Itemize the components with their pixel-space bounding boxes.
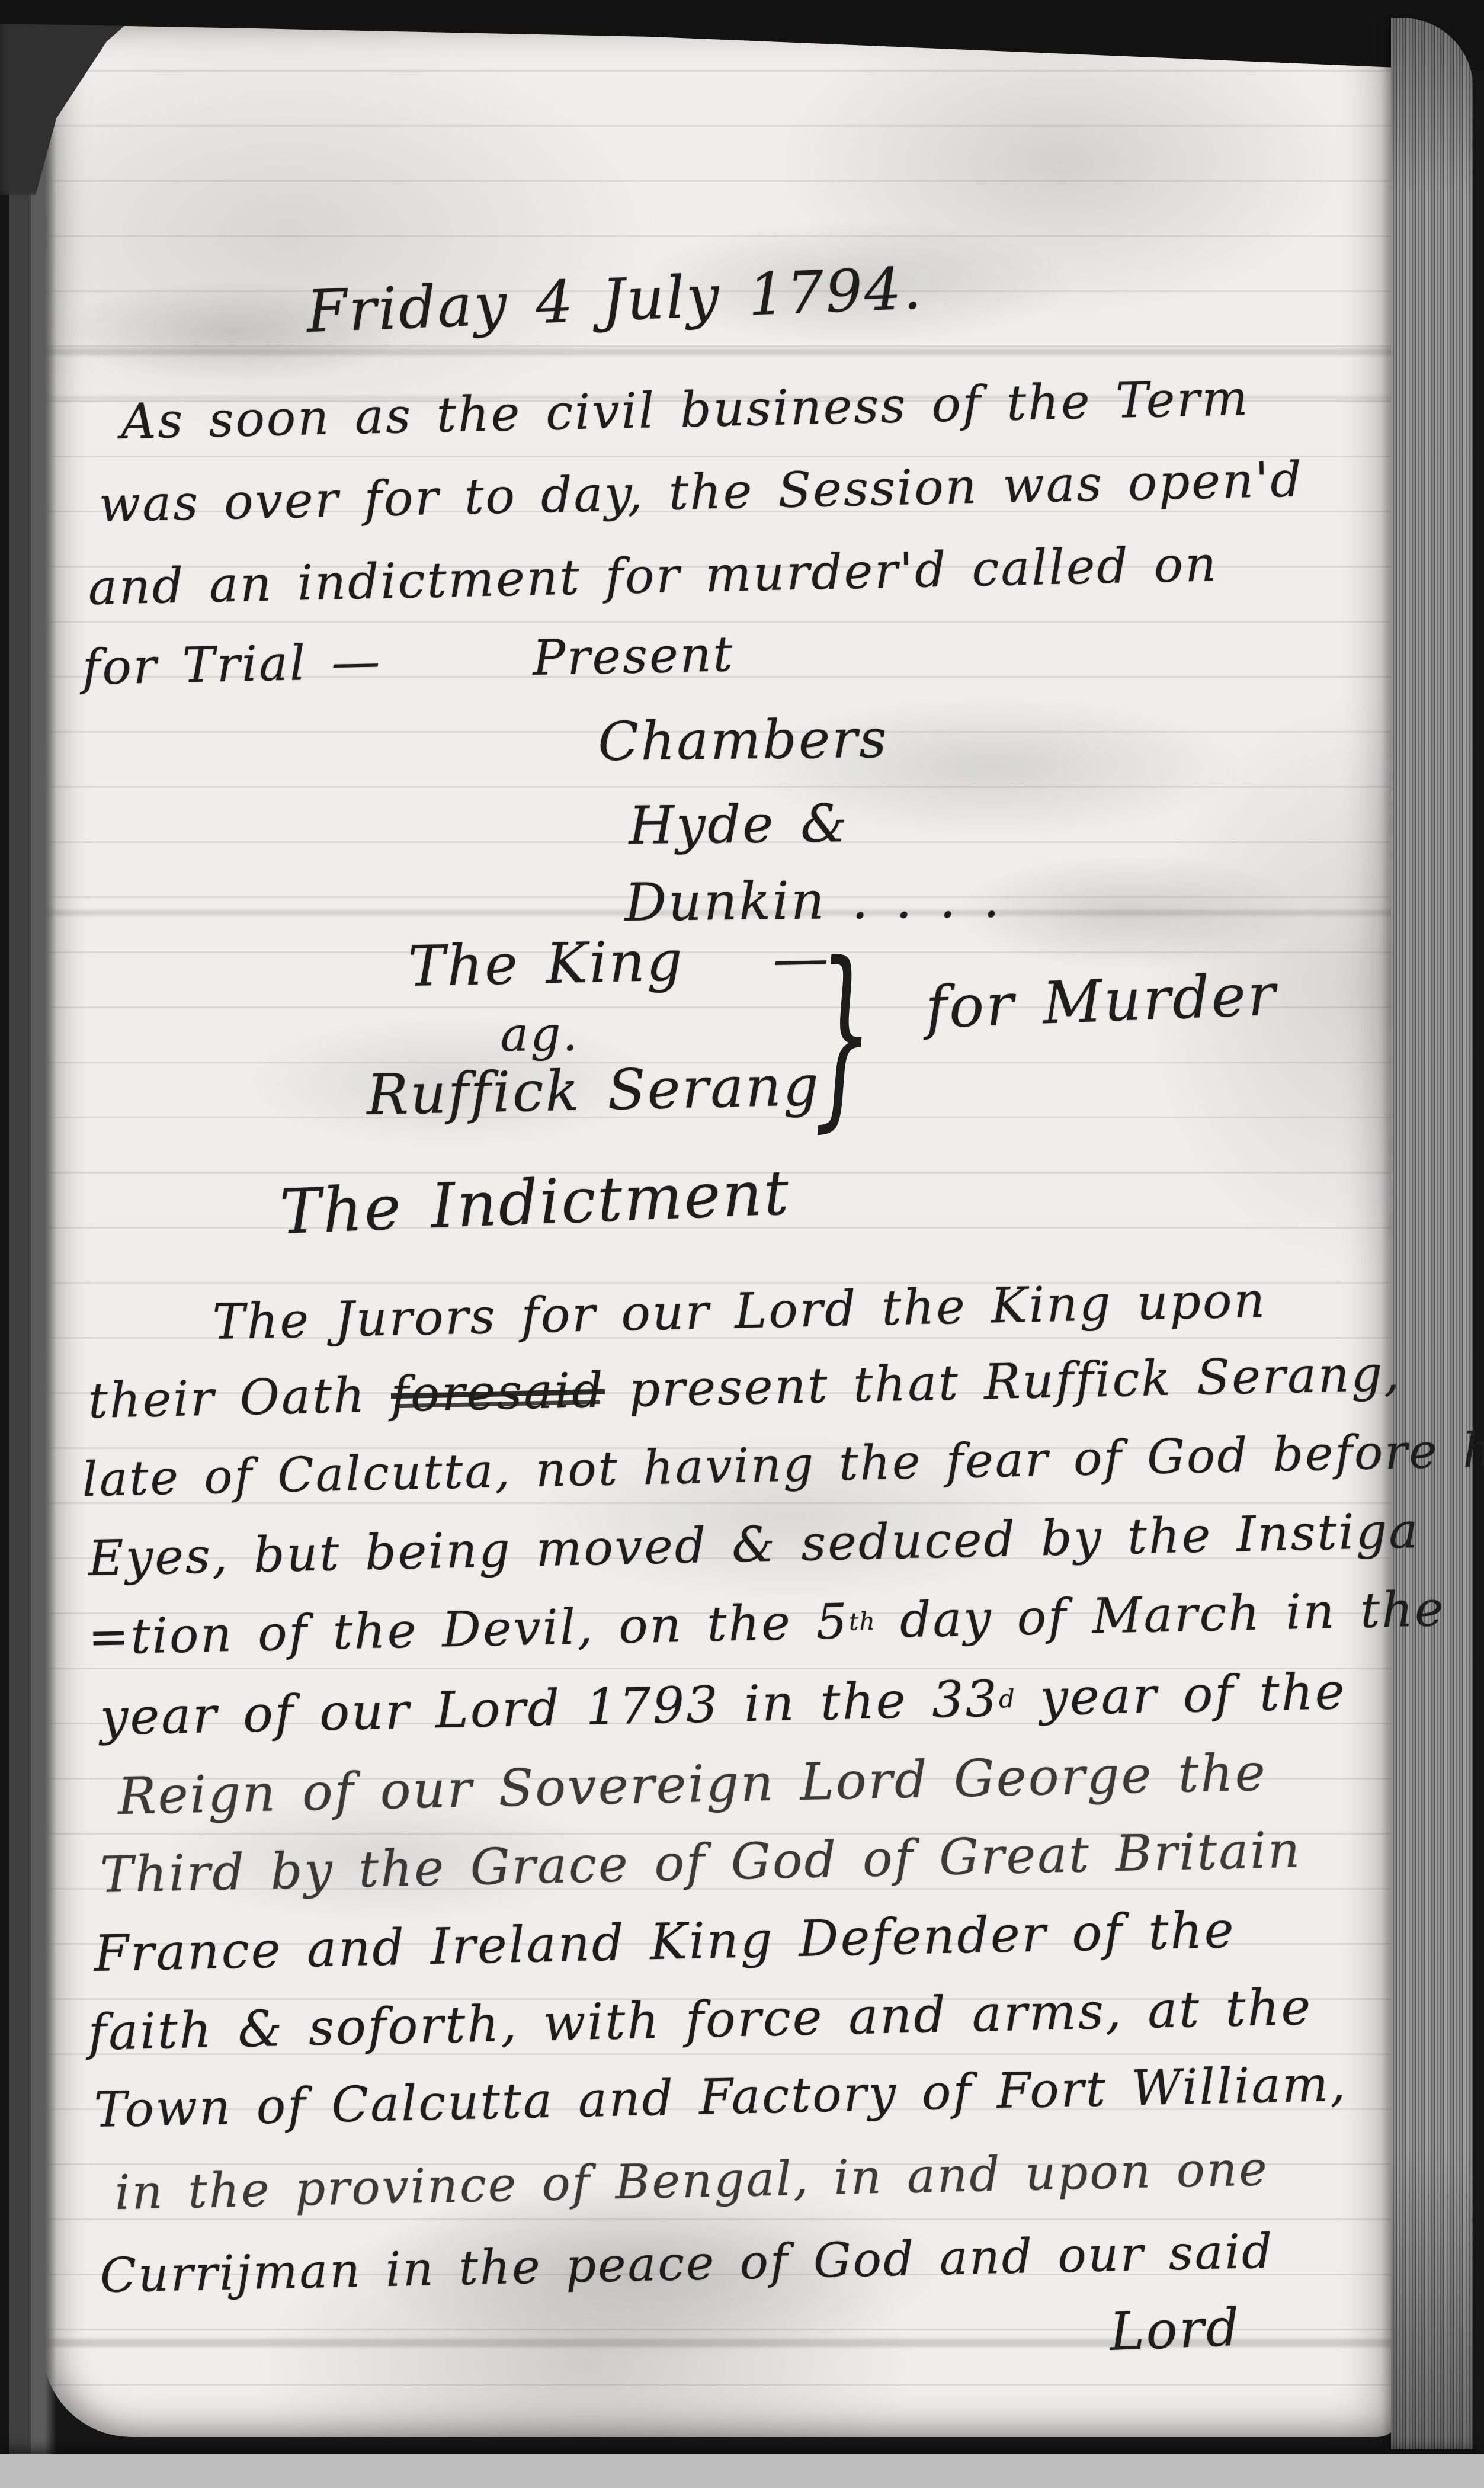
line-text: year of our Lord 1793 in the 33 — [100, 1669, 999, 1746]
indictment-line: Town of Calcutta and Factory of Fort Wil… — [94, 2056, 1348, 2138]
indictment-line: in the province of Bengal, in and upon o… — [114, 2141, 1270, 2220]
manuscript-photo: Friday 4 July 1794. As soon as the civil… — [0, 0, 1484, 2488]
judge-name: Dunkin . . . . — [624, 868, 1002, 933]
caption-brace: } — [810, 920, 875, 1151]
line-text: France and Ireland King Defender of the — [94, 1901, 1236, 1983]
line-text: present that Ruffick Serang, — [604, 1346, 1402, 1419]
line-text: Reign of our Sovereign Lord George the — [117, 1743, 1268, 1826]
line-text: Eyes, but being moved & seduced by the I… — [88, 1503, 1420, 1587]
catchword: Lord — [1108, 2297, 1242, 2362]
indictment-line: France and Ireland King Defender of the — [94, 1901, 1236, 1983]
line-text: Third by the Grace of God of Great Brita… — [100, 1821, 1302, 1904]
indictment-line: faith & soforth, with force and arms, at… — [88, 1978, 1313, 2061]
date-heading: Friday 4 July 1794. — [306, 255, 925, 346]
opening-line: As soon as the civil business of the Ter… — [120, 370, 1250, 450]
line-text: Currijman in the peace of God and our sa… — [100, 2224, 1274, 2303]
trial-present-line: for Trial —Present — [82, 626, 735, 696]
line-text: in the province of Bengal, in and upon o… — [114, 2141, 1270, 2220]
superscript: d — [998, 1684, 1015, 1714]
line-text: Town of Calcutta and Factory of Fort Wil… — [94, 2056, 1348, 2138]
indictment-line: year of our Lord 1793 in the 33d year of… — [100, 1662, 1347, 1746]
line-text: =tion of the Devil, on the 5 — [88, 1594, 850, 1666]
case-party-plaintiff: The King— — [408, 926, 831, 999]
line-text: late of Calcutta, not having the fear of… — [82, 1422, 1484, 1507]
judge-name: Chambers — [598, 708, 889, 773]
indictment-line: Third by the Grace of God of Great Brita… — [100, 1821, 1302, 1904]
indictment-line: The Jurors for our Lord the King upon — [212, 1272, 1267, 1351]
charge-text: for Murder — [925, 961, 1278, 1042]
struck-word: foresaid — [390, 1362, 605, 1423]
plaintiff-text: The King — [408, 929, 685, 999]
superscript: th — [848, 1607, 876, 1636]
indictment-line: Reign of our Sovereign Lord George the — [117, 1743, 1268, 1826]
judge-name: Hyde & — [629, 793, 849, 856]
indictment-line: Currijman in the peace of God and our sa… — [100, 2224, 1274, 2303]
handwriting-layer: Friday 4 July 1794. As soon as the civil… — [0, 0, 1484, 2488]
opening-line: and an indictment for murder'd called on — [88, 536, 1219, 616]
case-party-defendant: Ruffick Serang — [366, 1054, 821, 1128]
indictment-line: late of Calcutta, not having the fear of… — [82, 1422, 1484, 1507]
line-text: faith & soforth, with force and arms, at… — [88, 1978, 1313, 2061]
indictment-line: Eyes, but being moved & seduced by the I… — [88, 1503, 1420, 1587]
opening-line: was over for to day, the Session was ope… — [98, 451, 1304, 533]
section-heading: The Indictment — [278, 1156, 791, 1248]
line-text: year of the — [1015, 1662, 1347, 1727]
versus-abbreviation: ag. — [500, 1006, 579, 1062]
line-text: day of March in the — [875, 1581, 1446, 1649]
indictment-line: =tion of the Devil, on the 5th day of Ma… — [88, 1581, 1445, 1666]
line-text: their Oath — [88, 1367, 392, 1429]
indictment-line: their Oath foresaid present that Ruffick… — [88, 1346, 1402, 1429]
trial-text: for Trial — — [82, 633, 382, 696]
present-text: Present — [532, 626, 735, 687]
line-text: The Jurors for our Lord the King upon — [212, 1272, 1267, 1351]
